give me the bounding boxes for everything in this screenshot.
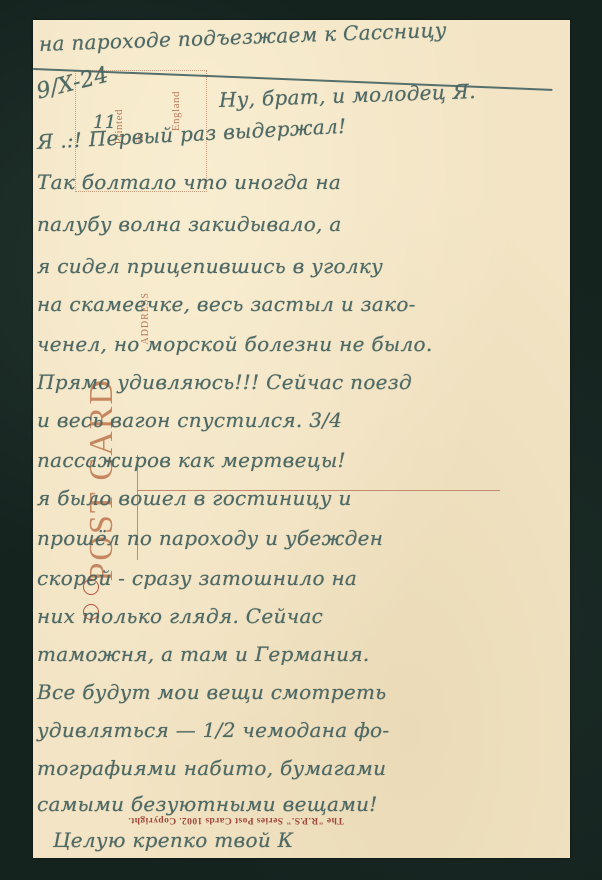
handwritten-line: ченел, но морской болезни не было. (37, 332, 433, 356)
copyright-text: The "R.P.S." Series Post Cards 1002. Cop… (128, 815, 344, 825)
handwritten-line: на скамеечке, весь застыл и зако- (37, 292, 416, 316)
handwritten-line: и весь вагон спустился. 3/4 (37, 408, 342, 432)
handwritten-line: прошёл по пароходу и убежден (37, 526, 383, 550)
handwritten-line: самыми безуютными вещами! (37, 792, 378, 816)
handwritten-line: таможня, а там и Германия. (37, 642, 370, 666)
handwritten-heading: на пароходе подъезжаем к Сассницу (39, 18, 447, 56)
handwritten-signoff: Целую крепко твой К (53, 828, 293, 852)
handwritten-line: удивляться — 1/2 чемодана фо- (37, 718, 389, 742)
handwritten-line: Ну, брат, и молодец Я. (219, 79, 477, 112)
handwritten-line: Так болтало что иногда на (37, 170, 341, 194)
handwritten-line: я было вошел в гостиницу и (37, 486, 352, 510)
handwritten-line: палубу волна закидывало, а (37, 212, 342, 236)
handwritten-line: пассажиров как мертвецы! (37, 448, 346, 472)
handwritten-line: Прямо удивляюсь!!! Сейчас поезд (37, 370, 412, 394)
handwritten-line: скорей - сразу затошнило на (37, 566, 357, 590)
handwritten-line: них только глядя. Сейчас (37, 604, 323, 628)
handwritten-line: я сидел прицепившись в уголку (37, 254, 383, 278)
handwritten-line: Все будут мои вещи смотреть (37, 680, 386, 704)
postcard: Printed in England ADDRESS POST CARD The… (33, 20, 570, 858)
handwritten-line: тографиями набито, бумагами (37, 756, 386, 780)
